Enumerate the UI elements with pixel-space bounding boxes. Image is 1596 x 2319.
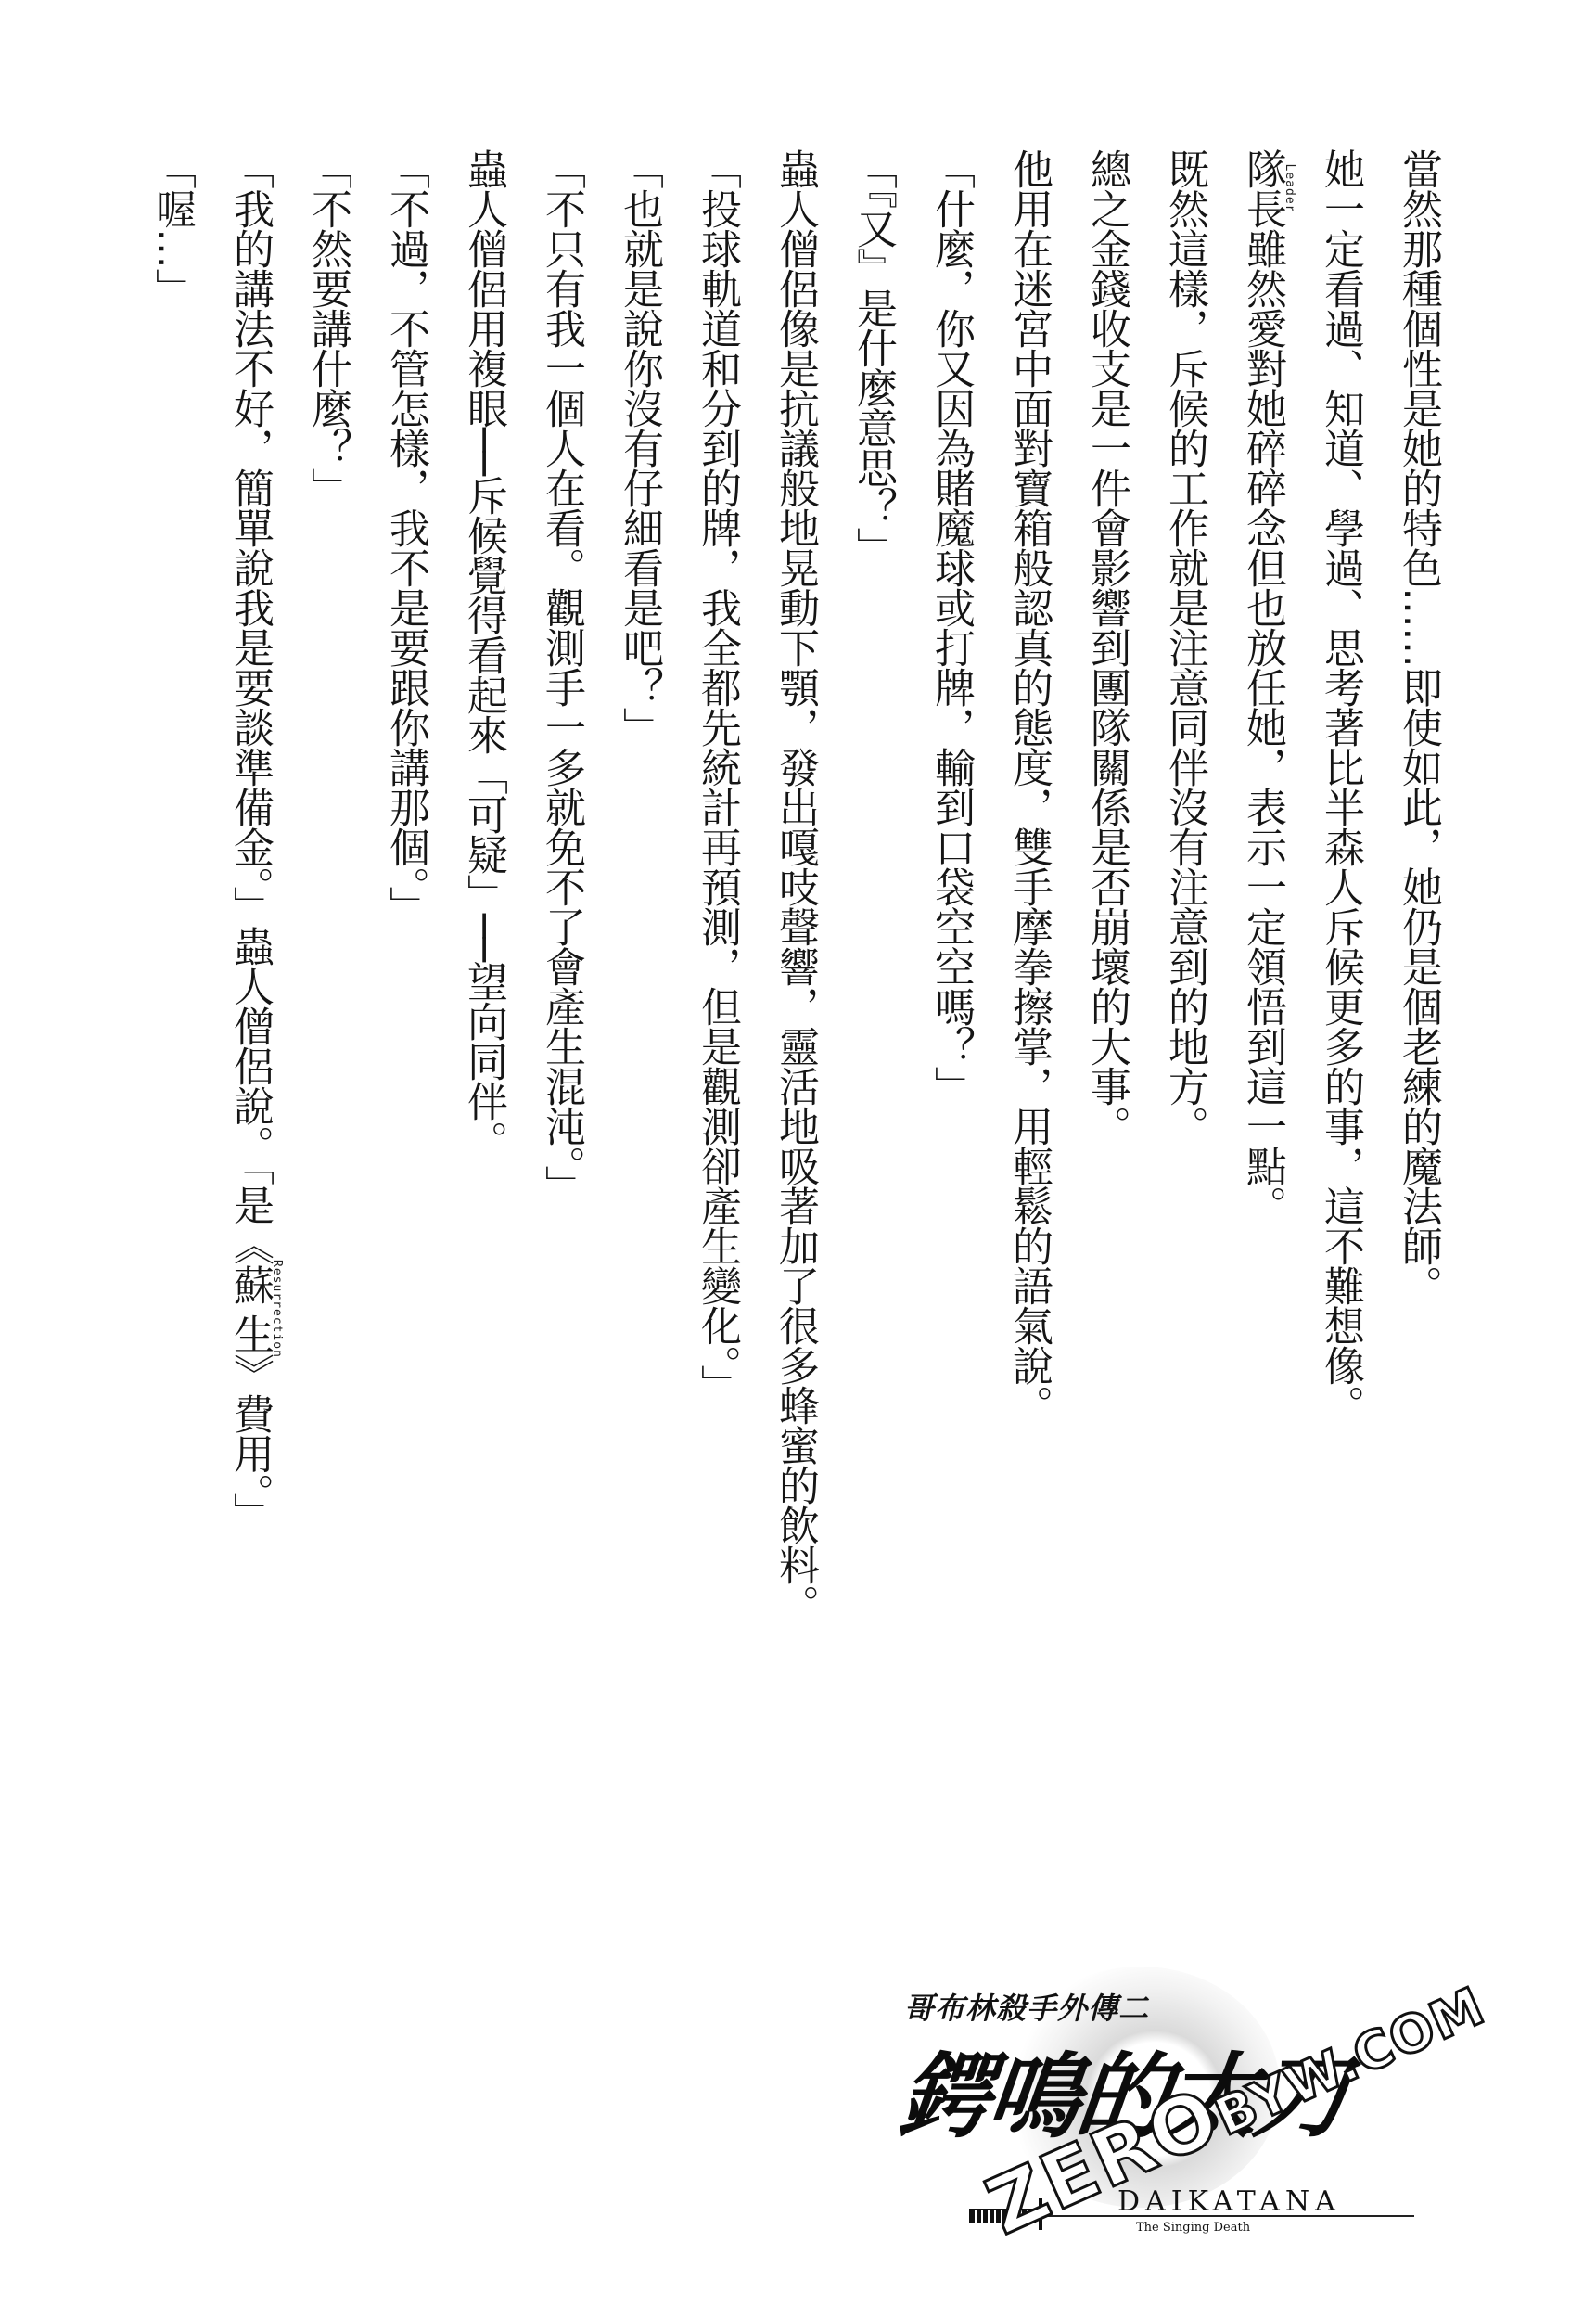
text-line-10: 「投球軌道和分到的牌，我全都先統計再預測，但是觀測卻產生變化。」 <box>678 148 756 1800</box>
text-line-11: 「也就是說你沒有仔細看是吧？」 <box>600 148 678 1800</box>
text-line-1: 當然那種個性是她的特色……即使如此，她仍是個老練的魔法師。 <box>1379 148 1457 1800</box>
text-line-13: 蟲人僧侶用複眼──斥候覺得看起來「可疑」──望向同伴。 <box>444 148 522 1800</box>
ruby-base: 隊長 <box>1239 148 1286 228</box>
text-line-8: 「『又』是什麼意思？」 <box>834 148 912 1800</box>
text-line-17: 「喔…」 <box>133 148 211 1800</box>
english-title: DAIKATANA <box>1117 2185 1341 2218</box>
text-line-3: 隊長Leader雖然愛對她碎碎念但也放任她，表示一定領悟到這一點。 <box>1223 148 1301 1800</box>
text-line-9: 蟲人僧侶像是抗議般地晃動下顎，發出嘎吱聲響，靈活地吸著加了很多蜂蜜的飲料。 <box>756 148 834 1800</box>
text-line-16: 「我的講法不好，簡單說我是要談準備金。」蟲人僧侶說。「是《蘇生Resurrect… <box>211 148 288 1800</box>
text-line-12: 「不只有我一個人在看。觀測手一多就免不了會產生混沌。」 <box>522 148 600 1800</box>
text-line-14: 「不過，不管怎樣，我不是要跟你講那個。」 <box>366 148 444 1800</box>
text-line-7: 「什麼，你又因為賭魔球或打牌，輸到口袋空空嗎？」 <box>912 148 990 1800</box>
ruby-leader: 隊長Leader <box>1239 148 1286 228</box>
text-line-16-before: 「我的講法不好，簡單說我是要談準備金。」蟲人僧侶說。「是《 <box>226 148 274 1264</box>
text-line-3-rest: 雖然愛對她碎碎念但也放任她，表示一定領悟到這一點。 <box>1239 228 1286 1225</box>
text-line-16-rest: 》費用。」 <box>226 1353 274 1532</box>
text-line-2: 她一定看過、知道、學過、思考著比半森人斥候更多的事，這不難想像。 <box>1301 148 1379 1800</box>
ruby-resurrection: 蘇生Resurrection <box>226 1264 274 1353</box>
text-line-4: 既然這樣，斥候的工作就是注意同伴沒有注意到的地方。 <box>1145 148 1223 1800</box>
book-page: 當然那種個性是她的特色……即使如此，她仍是個老練的魔法師。 她一定看過、知道、學… <box>0 0 1596 2319</box>
text-line-5: 總之金錢收支是一件會影響到團隊關係是否崩壞的大事。 <box>1067 148 1145 1800</box>
english-subtitle: The Singing Death <box>1136 2221 1250 2235</box>
text-line-15: 「不然要講什麼？」 <box>288 148 366 1800</box>
ruby-annotation: Leader <box>1283 148 1296 228</box>
text-line-6: 他用在迷宮中面對寶箱般認真的態度，雙手摩拳擦掌，用輕鬆的語氣說。 <box>990 148 1067 1800</box>
ruby-annotation: Resurrection <box>270 1260 284 1358</box>
ruby-base: 蘇生 <box>226 1260 274 1358</box>
vertical-text-body: 當然那種個性是她的特色……即使如此，她仍是個老練的魔法師。 她一定看過、知道、學… <box>133 148 1457 1800</box>
